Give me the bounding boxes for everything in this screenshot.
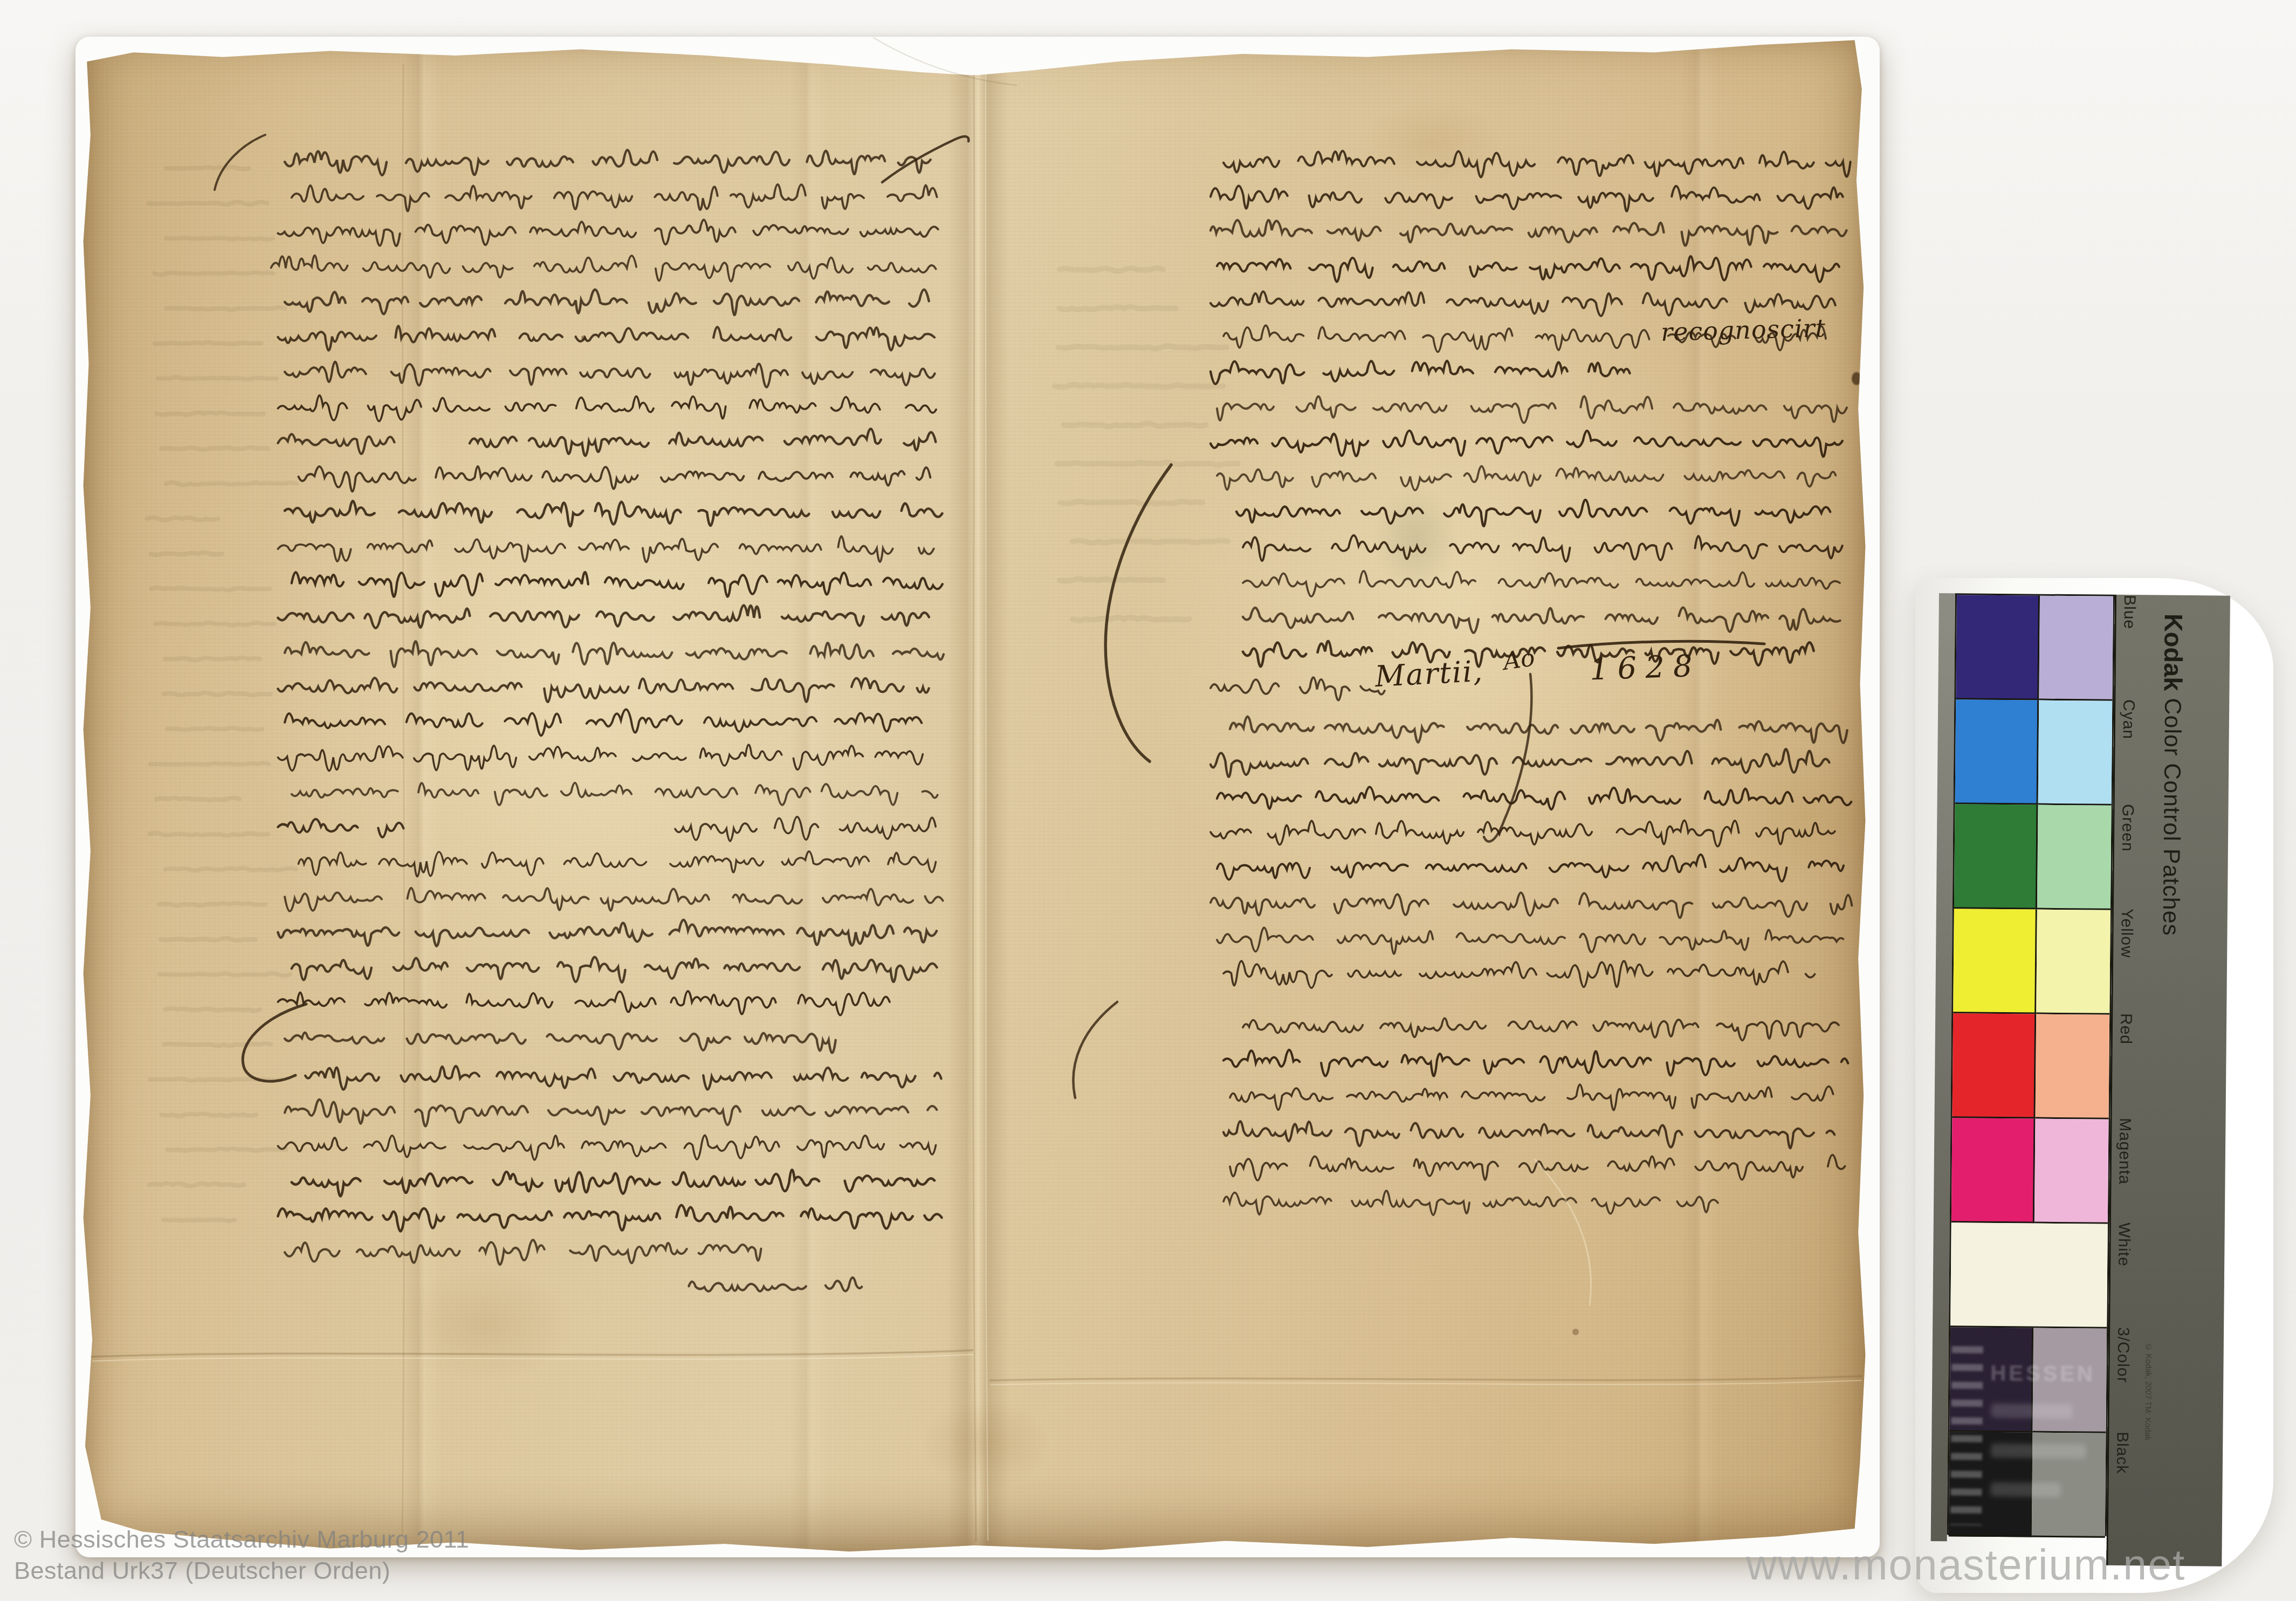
handwriting-stroke [92,1350,973,1357]
handwriting-stroke [158,377,277,380]
handwriting-stroke [292,572,943,597]
handwriting-stroke [163,1220,235,1221]
handwriting-stroke [165,658,260,660]
handwriting-stroke [1211,820,1835,846]
handwriting-stroke [1243,571,1840,596]
handwriting-stroke [882,136,968,182]
handwriting-stroke [1211,892,1852,918]
handwriting-stroke [167,1149,286,1151]
handwriting-stroke [1211,431,1843,457]
handwriting-stroke [1223,1050,1848,1076]
handwriting-stroke [1230,717,1847,743]
handwriting-stroke [874,38,1016,85]
handwriting-stroke [278,920,937,946]
fragment-anno: Ao [1502,644,1537,676]
handwriting-stroke [278,536,933,562]
hessen-wordmark: HESSEN [1990,1362,2095,1387]
handwriting-stroke [1217,855,1844,882]
handwriting-stroke [166,238,273,239]
hessen-subline [1991,1444,2086,1459]
handwriting-stroke [1223,151,1851,177]
handwriting-stroke [1058,346,1226,349]
hessen-subline [1990,1482,2060,1497]
handwriting-stroke [1223,151,1851,177]
handwriting-stroke [278,678,929,702]
handwriting-stroke [1073,617,1189,621]
handwriting-stroke [167,728,262,730]
watermark-archive: © Hessisches Staatsarchiv Marburg 2011 B… [14,1524,469,1586]
handwriting-stroke [278,326,934,351]
handwriting-stroke [149,1184,244,1186]
handwriting-stroke [149,833,268,835]
strip-patch-yellow [1953,909,2037,1014]
strip-label-bar: BlueCyanGreenYellowRedMagentaWhite3/Colo… [2106,595,2230,1566]
handwriting-stroke [161,448,268,450]
handwriting-stroke [161,938,256,940]
handwriting-stroke [285,710,922,736]
handwriting-stroke [973,75,976,1541]
handwriting-stroke [1211,220,1846,245]
strip-copyright: © Kodak, 2007 TM: Kodak [2142,1342,2153,1558]
handwriting-stroke [1217,927,1843,954]
handwriting-stroke [675,817,936,841]
handwriting-stroke [292,572,943,597]
handwriting-stroke [155,342,262,344]
handwriting-stroke [278,678,929,702]
handwriting-stroke [278,1205,941,1232]
handwriting-stroke [1223,1050,1848,1076]
strip-title-text: Color Control Patches [2157,691,2185,936]
handwriting-stroke [1535,1159,1591,1305]
strip-patch-yellow-tint [2036,910,2111,1015]
handwriting-stroke [160,973,290,975]
handwriting-stroke [164,1043,271,1046]
handwriting-stroke [470,429,936,456]
handwriting-stroke [1211,292,1836,316]
strip-patch-row [1955,699,2113,806]
handwriting-stroke [157,413,264,415]
handwriting-stroke [278,1205,941,1232]
handwriting-stroke [1217,927,1843,954]
handwriting-stroke [215,135,265,190]
handwriting-stroke [278,605,929,628]
handwriting-stroke [278,920,937,946]
strip-label-red: Red [2116,1013,2135,1118]
handwriting-stroke [285,888,943,911]
handwriting-stroke [1059,307,1176,310]
strip-patch-green-tint [2037,805,2112,910]
handwriting-stroke [1211,361,1630,384]
watermark-hessen: HESSEN [1949,1343,2096,1536]
strip-patch-row [1953,909,2111,1015]
strip-label-blue: Blue [2119,595,2139,699]
handwriting-stroke [1217,787,1851,809]
strip-label-yellow: Yellow [2116,909,2136,1013]
handwriting-stroke [1105,465,1171,761]
strip-patch-row [1954,804,2112,910]
handwriting-stroke [1243,571,1840,596]
handwriting-stroke [402,65,404,1535]
handwriting-stroke [156,798,239,800]
handwriting-stroke [1060,579,1163,581]
strip-patch-red-tint [2035,1014,2109,1119]
handwriting-stroke [1073,1002,1117,1098]
handwriting-stroke [278,1135,936,1160]
kodak-color-strip: BlueCyanGreenYellowRedMagentaWhite3/Colo… [1930,593,2230,1566]
strip-label-3/color: 3/Color [2113,1327,2132,1432]
hessen-lion-bars [1950,1346,1983,1525]
handwriting-stroke [156,623,274,625]
handwriting-stroke [278,536,933,562]
handwriting-stroke [470,429,936,456]
strip-patch-blue-tint [2039,596,2113,701]
strip-patch-row [1953,1013,2110,1119]
handwriting-stroke [292,957,937,982]
handwriting-stroke [165,1008,260,1011]
handwriting-stroke [299,851,936,877]
strip-brand: Kodak [2158,614,2188,691]
handwriting-stroke [1060,501,1202,504]
handwriting-stroke [1060,268,1163,271]
handwriting-stroke [154,273,273,275]
strip-label-magenta: Magenta [2115,1118,2134,1222]
handwriting-stroke [285,501,942,526]
handwriting-stroke [278,819,403,837]
handwriting-stroke [292,783,938,805]
handwriting-stroke [1243,1018,1839,1040]
handwriting-stroke [150,553,222,555]
handwriting-stroke [1243,535,1843,562]
handwriting-stroke [990,1376,1861,1380]
strip-label-white: White [2114,1222,2133,1327]
watermark-archive-line2: Bestand Urk37 (Deutscher Orden) [14,1555,469,1586]
fragment-latin: recognoscirt [1660,313,1826,347]
strip-patch-row [1951,1118,2109,1224]
handwriting-stroke [1230,1084,1833,1110]
handwriting-stroke [151,588,270,590]
handwriting-stroke [278,1135,936,1160]
handwriting-stroke [278,395,936,421]
handwriting-stroke [292,783,938,805]
handwriting-stroke [1211,677,1385,700]
handwriting-stroke [299,466,931,492]
handwriting-stroke [166,167,249,169]
hessen-subline [1991,1404,2072,1418]
strip-patch-magenta [1951,1118,2035,1223]
handwriting-stroke [285,1033,836,1053]
watermark-website: www.monasterium.net [1746,1540,2185,1590]
handwriting-stroke [285,710,922,736]
handwriting-stroke [1057,462,1238,465]
handwriting-stroke [991,1380,1861,1385]
handwriting-stroke [1211,677,1385,700]
handwriting-stroke [299,851,936,877]
handwriting-stroke [147,518,218,520]
handwriting-stroke [1217,855,1844,882]
handwriting-stroke [1217,256,1839,282]
strip-label-green: Green [2118,804,2137,909]
handwriting-stroke [278,745,923,771]
strip-patch-red [1953,1013,2036,1118]
handwriting-stroke [93,1355,973,1361]
scan-background: recognoscirtMartii,Ao1628 BlueCyanGreenY… [0,0,2296,1601]
handwriting-stroke [166,868,296,871]
strip-patch-white [1950,1222,2108,1329]
strip-patch-magenta-tint [2034,1119,2108,1224]
strip-patch-cyan-tint [2038,700,2112,806]
strip-label-cyan: Cyan [2119,699,2138,804]
handwriting-stroke [1223,1191,1718,1215]
watermark-archive-line1: © Hessisches Staatsarchiv Marburg 2011 [14,1524,469,1555]
handwriting-stroke [1243,608,1840,633]
handwriting-stroke [161,1114,256,1116]
handwriting-stroke [1063,423,1206,427]
handwriting-stroke [278,326,934,351]
handwriting-stroke [292,1170,934,1196]
strip-label-black: Black [2112,1432,2132,1536]
handwriting-stroke [150,763,269,764]
handwriting-stroke [285,501,942,526]
fragment-month: Martii, [1374,654,1484,693]
handwriting-stroke [1230,1155,1845,1180]
strip-patch-blue [1956,595,2039,700]
handwriting-stroke [1217,466,1836,490]
handwriting-stroke [1236,500,1830,526]
handwriting-stroke [166,483,297,485]
handwriting-stroke [164,693,271,696]
handwriting-stroke [278,434,394,454]
handwriting-stroke [148,202,267,204]
strip-patch-row [1950,1222,2108,1329]
handwriting-stroke [285,290,929,315]
handwriting-stroke [1217,396,1847,423]
handwriting-stroke [285,1240,761,1265]
strip-patch-row [1956,595,2113,701]
handwriting-stroke [1055,385,1223,387]
handwriting-stroke [159,903,265,906]
handwriting-stroke [292,184,937,211]
handwriting-stroke [285,362,935,387]
strip-patch-cyan [1955,699,2039,805]
handwriting-stroke [1073,540,1228,542]
fragment-year: 1628 [1589,648,1702,687]
handwriting-stroke [986,74,988,1540]
strip-title: Kodak Color Control Patches [2153,614,2188,1315]
handwriting-stroke [1211,186,1843,211]
strip-patch-green [1954,804,2038,909]
handwriting-stroke [278,605,929,628]
handwriting-stroke [305,1066,941,1090]
handwriting-stroke [285,150,931,175]
handwriting-stroke [166,307,285,310]
handwriting-stroke [1223,1191,1718,1215]
